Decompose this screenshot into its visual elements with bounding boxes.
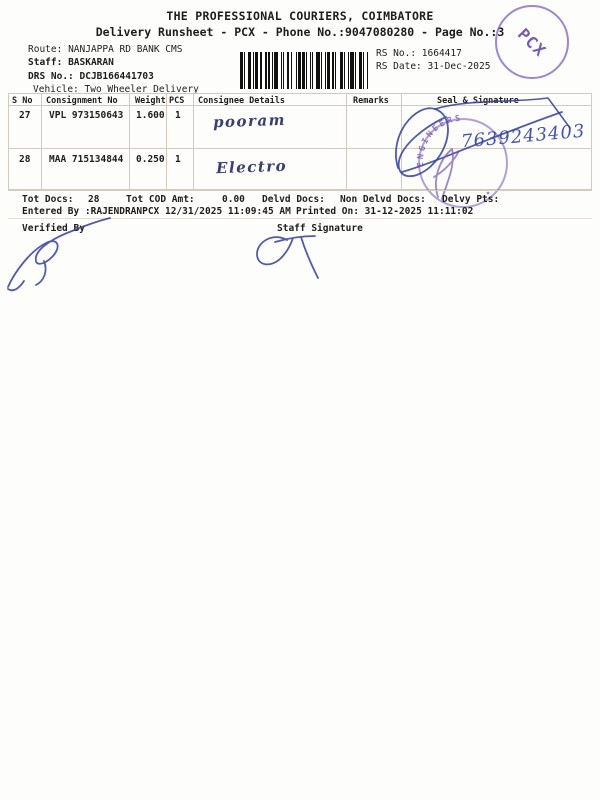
- drs-label: DRS No.:: [28, 71, 74, 82]
- rs-no-line: RS No.: 1664417: [376, 48, 462, 59]
- row-sno: 28: [19, 154, 30, 165]
- col-divider: [346, 94, 347, 189]
- rs-no-label: RS No.:: [376, 48, 416, 59]
- drs-line: DRS No.: DCJB166441703: [28, 71, 154, 82]
- staff-line: Staff: BASKARAN: [28, 57, 114, 68]
- col-header-weight: Weight: [135, 96, 166, 106]
- printed-on-line: Printed On: 31-12-2025 11:11:02: [296, 206, 473, 217]
- col-header-remarks: Remarks: [353, 96, 389, 106]
- col-divider: [401, 94, 402, 189]
- tot-docs-label: Tot Docs:: [22, 194, 73, 205]
- row-consignee-handwritten: Electro: [216, 157, 288, 177]
- row-weight: 0.250: [136, 154, 165, 165]
- staff-signature-label: Staff Signature: [277, 223, 363, 234]
- route-line: Route: NANJAPPA RD BANK CMS: [28, 44, 182, 55]
- col-header-consignee: Consignee Details: [198, 96, 285, 106]
- col-divider: [41, 94, 42, 189]
- drs-value: DCJB166441703: [80, 71, 154, 82]
- runsheet-document: THE PROFESSIONAL COURIERS, COIMBATORE De…: [0, 0, 600, 800]
- delvy-pts-label: Delvy Pts:: [442, 194, 499, 205]
- tot-docs-value: 28: [88, 194, 99, 205]
- route-value: NANJAPPA RD BANK CMS: [68, 44, 182, 55]
- rs-date-line: RS Date: 31-Dec-2025: [376, 61, 490, 72]
- staff-signature: [245, 228, 335, 288]
- row-weight: 1.600: [136, 110, 165, 121]
- verified-by-label: Verified By: [22, 223, 85, 234]
- col-divider: [166, 94, 167, 189]
- rs-date-label: RS Date:: [376, 61, 422, 72]
- col-header-consignment: Consignment No: [46, 96, 118, 106]
- pcx-round-stamp: PCX: [495, 5, 569, 79]
- row-consignee-handwritten: pooram: [213, 111, 287, 132]
- row-consignment: MAA 715134844: [49, 154, 123, 165]
- entered-by-line: Entered By :RAJENDRANPCX 12/31/2025 11:0…: [22, 206, 291, 217]
- barcode-bar: [368, 52, 372, 89]
- pcx-stamp-text: PCX: [514, 24, 550, 60]
- col-divider: [193, 94, 194, 189]
- row-consignment: VPL 973150643: [49, 110, 123, 121]
- rs-date-value: 31-Dec-2025: [428, 61, 491, 72]
- delvd-docs-label: Delvd Docs:: [262, 194, 325, 205]
- row-sno: 27: [19, 110, 30, 121]
- col-divider: [129, 94, 130, 189]
- col-header-pcs: PCS: [169, 96, 184, 106]
- tot-cod-value: 0.00: [222, 194, 245, 205]
- route-label: Route:: [28, 44, 62, 55]
- barcode: [240, 52, 372, 89]
- staff-label: Staff:: [28, 57, 62, 68]
- col-header-seal: Seal & Signature: [437, 96, 519, 106]
- staff-value: BASKARAN: [68, 57, 114, 68]
- rs-no-value: 1664417: [422, 48, 462, 59]
- row-pcs: 1: [175, 110, 181, 121]
- non-delvd-label: Non Delvd Docs:: [340, 194, 426, 205]
- col-header-sno: S No: [12, 96, 32, 106]
- row-pcs: 1: [175, 154, 181, 165]
- tot-cod-label: Tot COD Amt:: [126, 194, 195, 205]
